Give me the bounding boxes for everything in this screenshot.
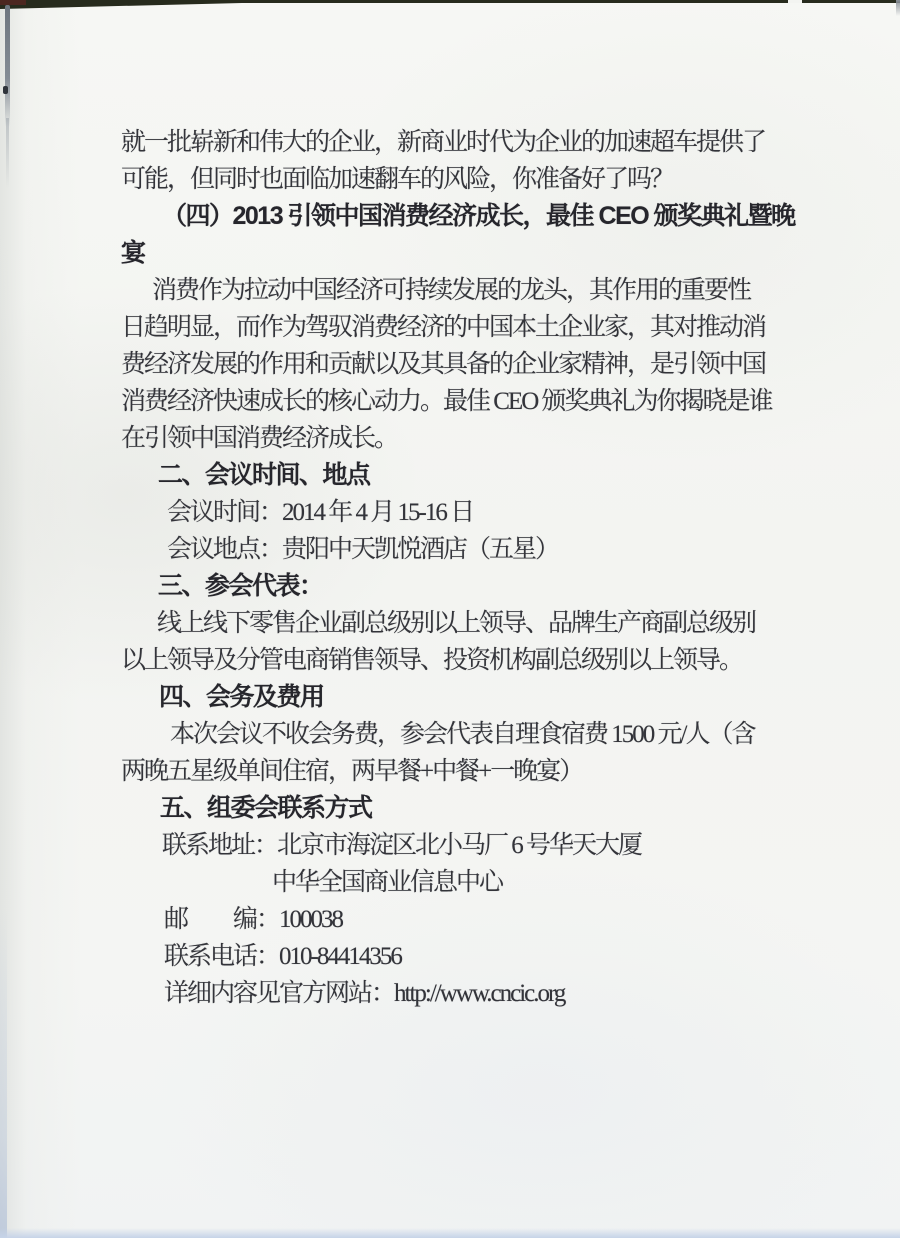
heading-line: （四）2013 引领中国消费经济成长，最佳 CEO 颁奖典礼暨晚 [121, 198, 841, 235]
scan-artifact-left-edge-dot [3, 86, 8, 94]
scan-artifact-top-edge-gap [788, 0, 802, 3]
scan-artifact-left-edge-faint [6, 118, 9, 188]
scan-artifact-top-edge-red-mark [0, 0, 26, 5]
text-line: 消费经济快速成长的核心动力。最佳 CEO 颁奖典礼为你揭晓是谁 [121, 383, 841, 420]
heading-line: 二、会议时间、地点 [121, 457, 841, 494]
document-text-block: 就一批崭新和伟大的企业，新商业时代为企业的加速超车提供了可能，但同时也面临加速翻… [121, 124, 841, 1012]
heading-line: 三、参会代表： [121, 568, 841, 605]
text-line: 日趋明显，而作为驾驭消费经济的中国本土企业家，其对推动消 [121, 309, 841, 346]
text-line: 可能，但同时也面临加速翻车的风险，你准备好了吗？ [121, 161, 841, 198]
scan-artifact-bottom-left-edge [0, 908, 7, 1238]
heading-line: 五、组委会联系方式 [121, 790, 841, 827]
scan-artifact-right-corner [896, 0, 900, 16]
text-line: 联系电话：010-84414356 [121, 938, 841, 975]
text-line: 费经济发展的作用和贡献以及其具备的企业家精神，是引领中国 [121, 346, 841, 383]
text-line: 邮 编：100038 [121, 901, 841, 938]
text-line: 消费作为拉动中国经济可持续发展的龙头，其作用的重要性 [121, 272, 841, 309]
text-line: 两晚五星级单间住宿，两早餐+中餐+一晚宴） [121, 753, 841, 790]
heading-line: 四、会务及费用 [121, 679, 841, 716]
scanned-document-page: 就一批崭新和伟大的企业，新商业时代为企业的加速超车提供了可能，但同时也面临加速翻… [0, 0, 900, 1238]
text-line: 就一批崭新和伟大的企业，新商业时代为企业的加速超车提供了 [121, 124, 841, 161]
scan-artifact-top-edge-wedge [0, 0, 252, 9]
text-line: 中华全国商业信息中心 [121, 864, 841, 901]
text-line: 会议时间：2014 年 4 月 15-16 日 [121, 494, 841, 531]
text-line: 以上领导及分管电商销售领导、投资机构副总级别以上领导。 [121, 642, 841, 679]
text-line: 会议地点：贵阳中天凯悦酒店（五星） [121, 531, 841, 568]
heading-line: 宴 [121, 235, 841, 272]
scan-artifact-bottom-band [0, 1228, 900, 1238]
text-line: 联系地址：北京市海淀区北小马厂 6 号华天大厦 [121, 827, 841, 864]
text-line: 本次会议不收会务费，参会代表自理食宿费 1500 元/人（含 [121, 716, 841, 753]
text-line: 在引领中国消费经济成长。 [121, 420, 841, 457]
text-line: 详细内容见官方网站：http://www.cncic.org [121, 975, 841, 1012]
text-line: 线上线下零售企业副总级别以上领导、品牌生产商副总级别 [121, 605, 841, 642]
scan-artifact-left-edge [5, 5, 10, 127]
